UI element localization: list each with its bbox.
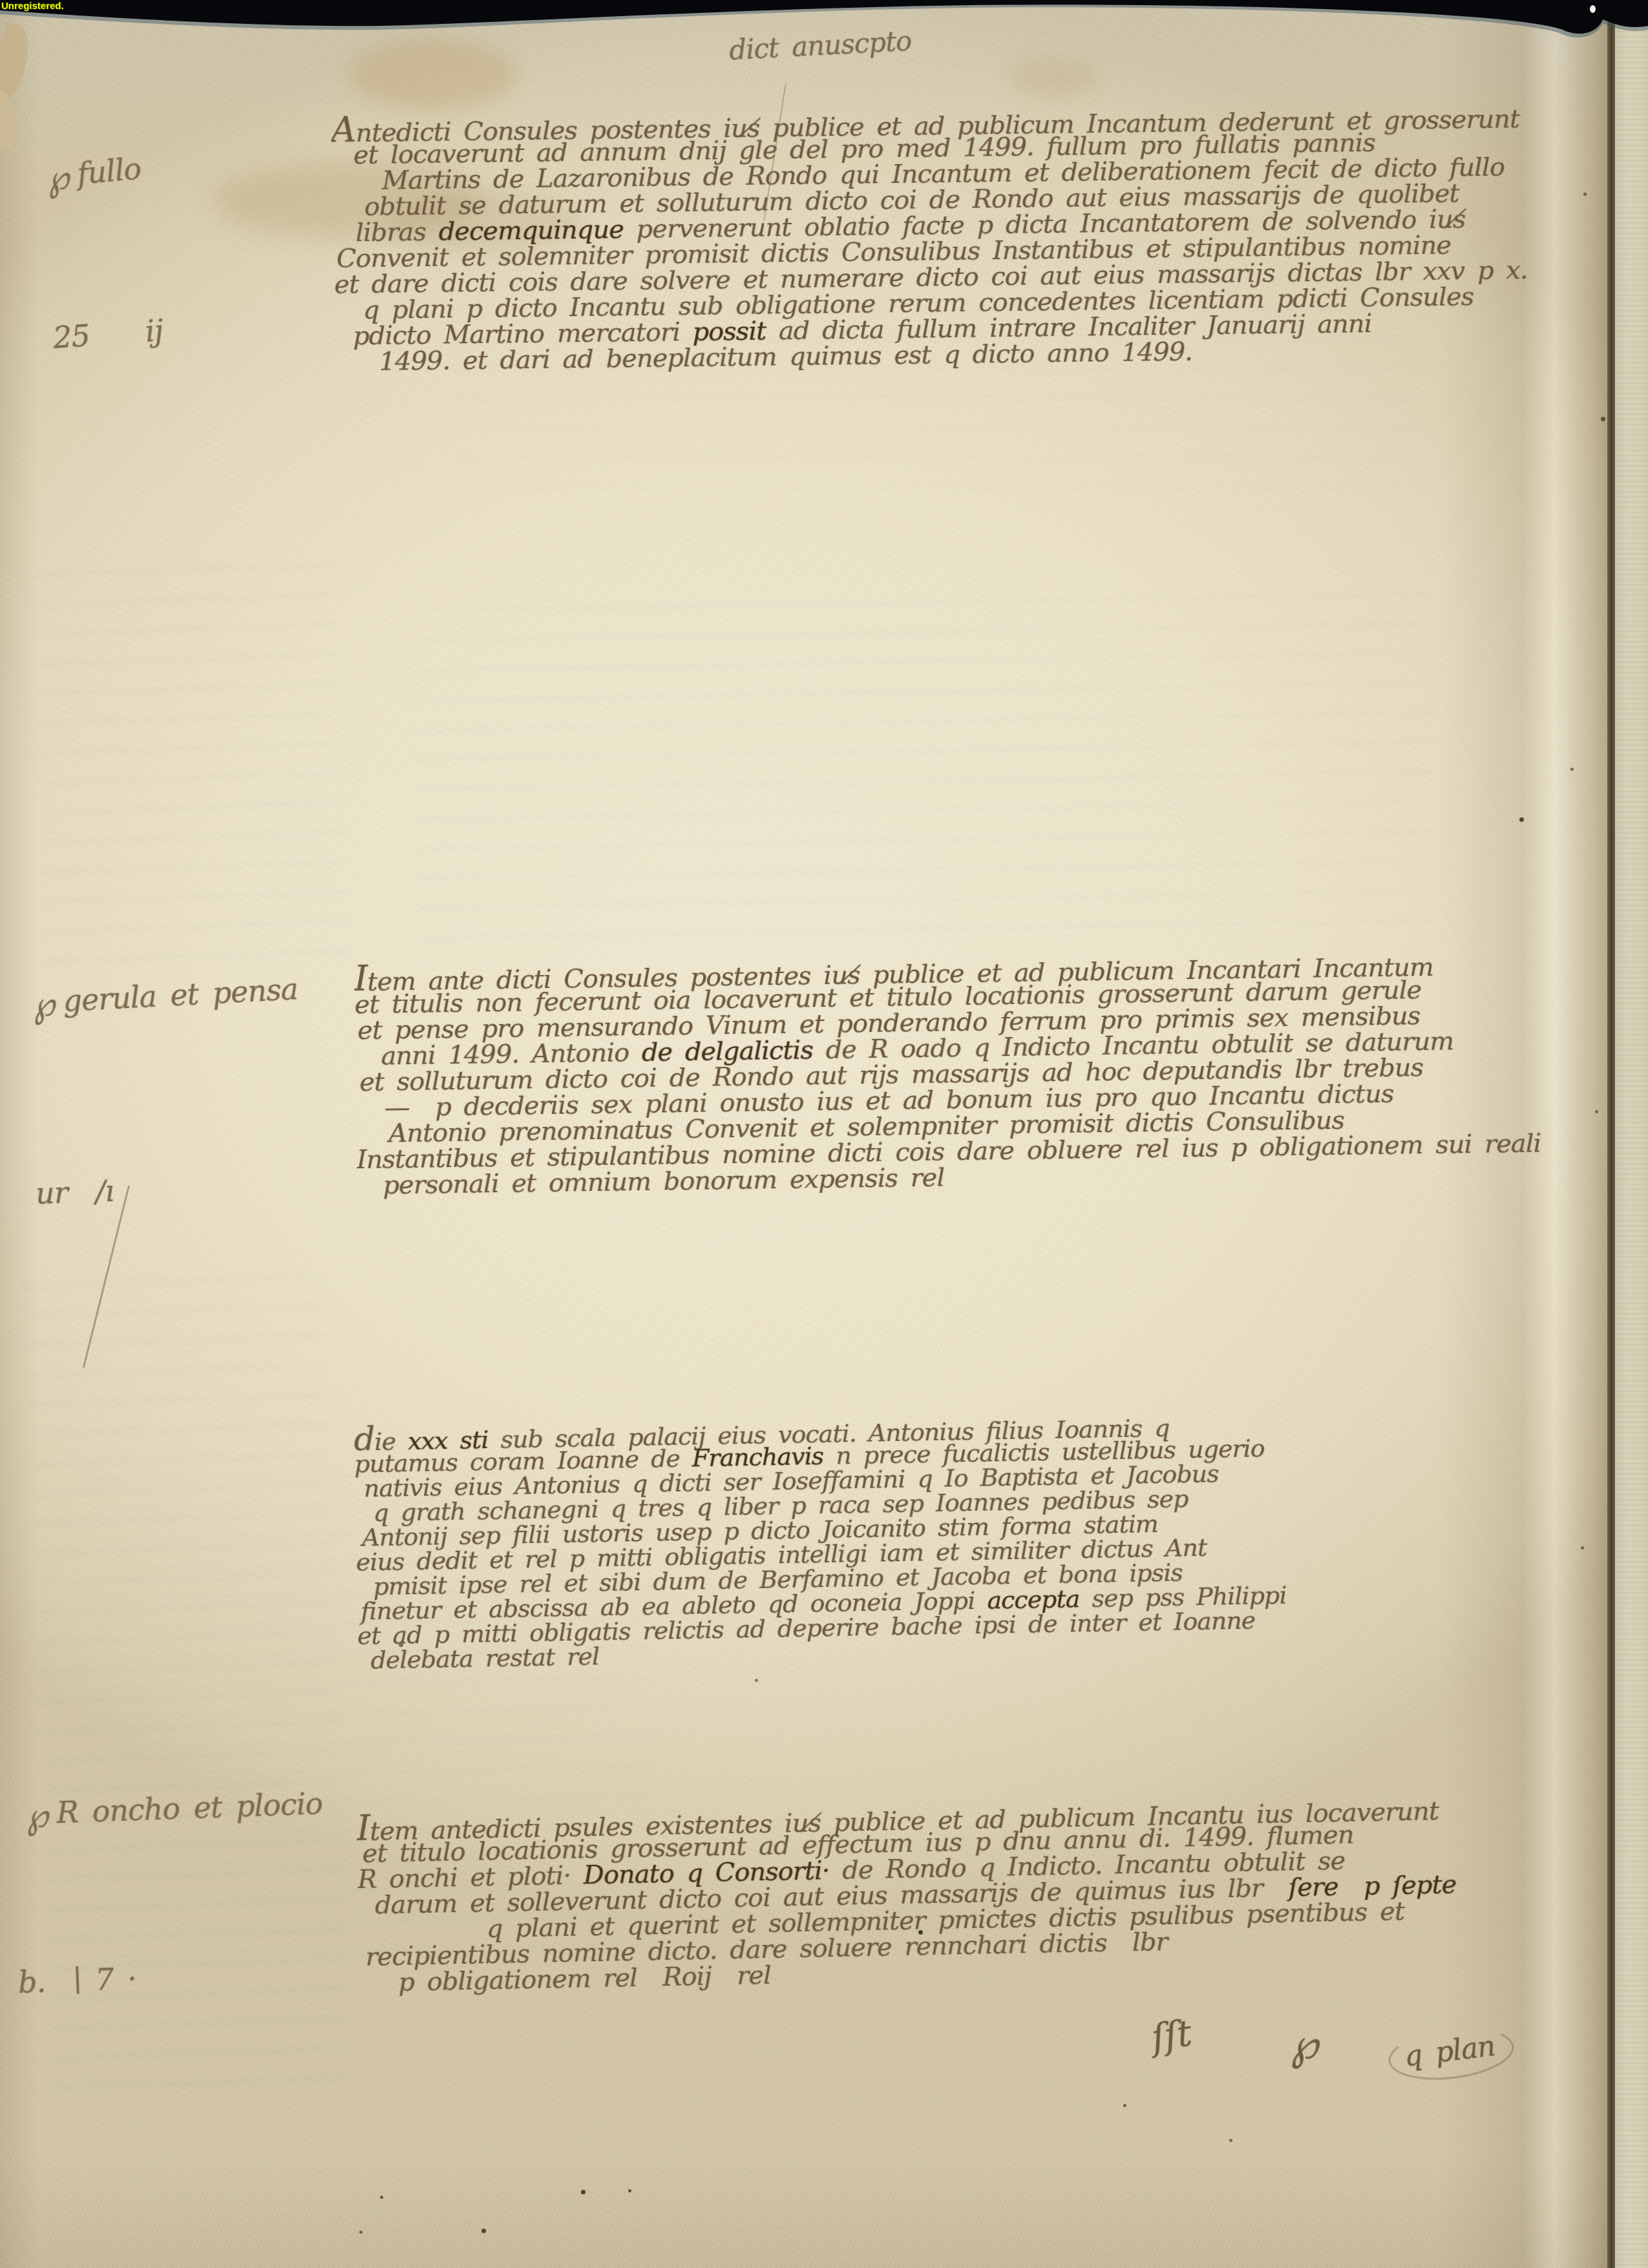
entry-gerula-et-pensa-lease: Item ante dicti Consules postentes ius̸ … — [354, 939, 1571, 1382]
float-paraph-mark: ℘ — [1287, 2020, 1320, 2070]
margin-note-label: R oncho et plocio — [56, 1786, 322, 1830]
paraph-mark: ℘ — [21, 1796, 50, 1838]
entry-witness-clause: die xxx sti sub scala palacij eius vocat… — [354, 1399, 1591, 1801]
margin-note-label: fullo — [76, 151, 142, 191]
margin-note-fullo: ℘fullo — [44, 149, 143, 196]
float-lbr-mark: ſſt — [1149, 2012, 1194, 2059]
ink-segment: p obligationem rel Roij rel — [398, 1960, 771, 1997]
binding-gutter-seam — [1607, 0, 1615, 2268]
ink-segment: personali et omnium bonorum expensis rel — [383, 1162, 944, 1200]
adjacent-page-edge — [1615, 0, 1648, 2268]
ink-segment: 1499. et dari ad beneplacitum quimus est… — [379, 337, 1192, 376]
margin-amount-2: ur ∕ı — [35, 1173, 114, 1211]
paraph-mark: ℘ — [28, 984, 58, 1027]
manuscript-scan: Unregistered. dict anuscpto ℘fullo 25 ij… — [0, 0, 1648, 2268]
margin-amount-3: b. ∣ 7 · — [17, 1961, 137, 2000]
ink-segment: delebata restat rel — [370, 1642, 599, 1674]
scanner-watermark: Unregistered. — [1, 1, 64, 12]
entry-fullo-lease: Antedicti Consules postentes ius̸ public… — [331, 93, 1567, 554]
dust-speck — [1590, 5, 1596, 13]
entry-roncho-et-plocio-lease: Item antedicti psules existentes ius̸ pu… — [356, 1782, 1578, 2148]
